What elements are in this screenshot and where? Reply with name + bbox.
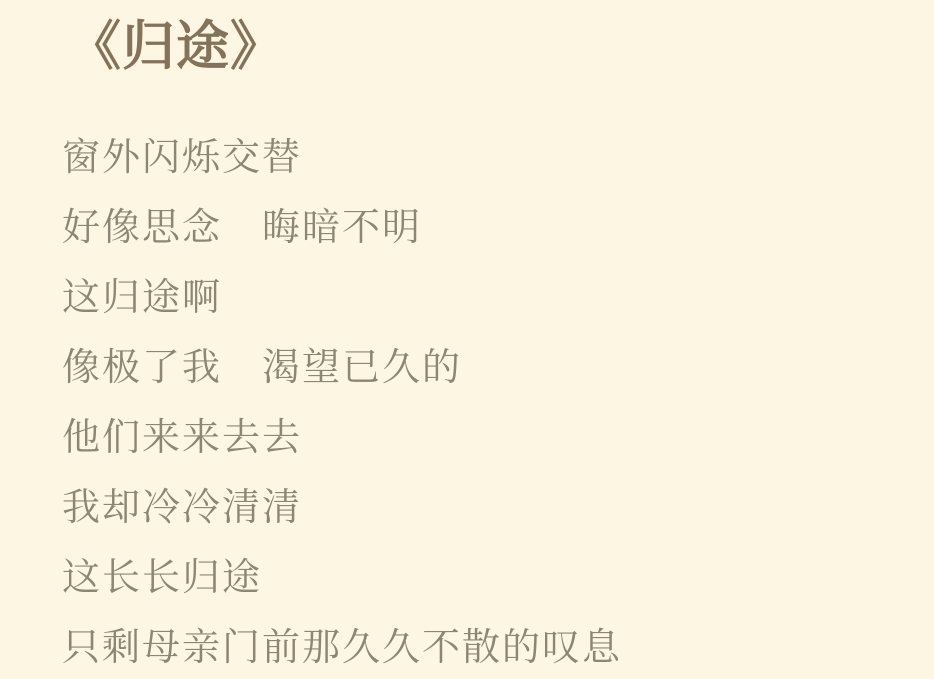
- poem-line: 这归途啊: [62, 263, 904, 333]
- poem-line: 好像思念 晦暗不明: [62, 193, 904, 263]
- poem-line: 只剩母亲门前那久久不散的叹息: [62, 613, 904, 679]
- poem-line: 窗外闪烁交替: [62, 123, 904, 193]
- poem-page: 《归途》 窗外闪烁交替 好像思念 晦暗不明 这归途啊 像极了我 渴望已久的 他们…: [0, 0, 934, 679]
- poem-line: 我却冷冷清清: [62, 473, 904, 543]
- poem-line: 这长长归途: [62, 543, 904, 613]
- poem-title: 《归途》: [68, 12, 904, 78]
- poem-line: 他们来来去去: [62, 403, 904, 473]
- poem-line: 像极了我 渴望已久的: [62, 333, 904, 403]
- poem-body: 窗外闪烁交替 好像思念 晦暗不明 这归途啊 像极了我 渴望已久的 他们来来去去 …: [62, 123, 904, 679]
